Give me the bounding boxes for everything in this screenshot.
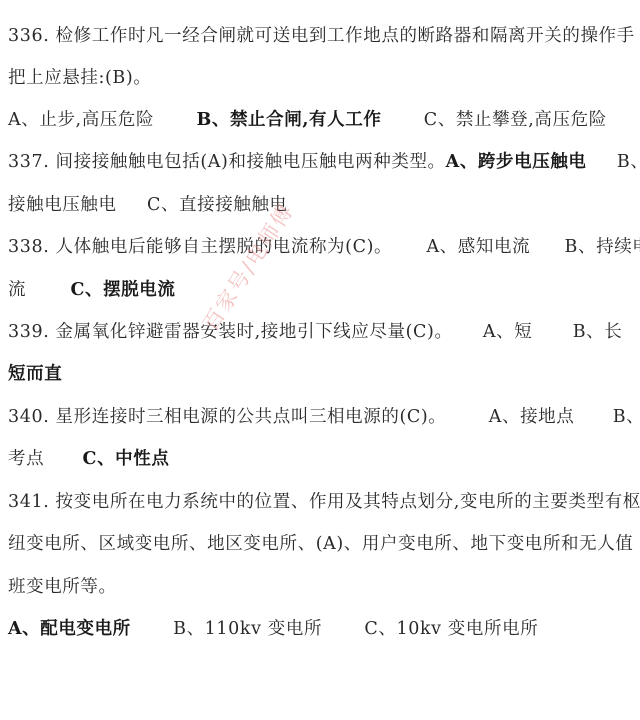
option-b: B、持续电 (565, 237, 640, 257)
option-b: 流 (8, 280, 26, 300)
option-c: C、禁止攀登,高压危险 (424, 110, 607, 130)
question-339-line-2: 短而直 (8, 362, 636, 386)
question-338-line-2: 流 C、摆脱电流 (8, 278, 636, 302)
question-number: 339. (8, 322, 49, 342)
question-337-line-1: 337. 间接接触触电包括(A)和接触电压触电两种类型。A、跨步电压触电 B、 (8, 150, 636, 174)
question-number: 337. (8, 152, 49, 172)
option-b-correct: B、禁止合闸,有人工作 (196, 110, 381, 130)
question-text: 人体触电后能够自主摆脱的电流称为(C)。 (56, 237, 393, 257)
question-text: 检修工作时凡一经合闸就可送电到工作地点的断路器和隔离开关的操作手 (56, 26, 635, 46)
question-text: 金属氧化锌避雷器安装时,接地引下线应尽量(C)。 (56, 322, 453, 342)
option-b: 考点 (8, 449, 44, 469)
question-341-options: A、配电变电所 B、110kv 变电所 C、10kv 变电所电所 (8, 617, 636, 641)
question-text: 按变电所在电力系统中的位置、作用及其特点划分,变电所的主要类型有枢 (56, 492, 640, 512)
question-336-options: A、止步,高压危险 B、禁止合闸,有人工作 C、禁止攀登,高压危险 (8, 108, 636, 132)
watermark: 百家号/电师傅 (195, 197, 300, 337)
question-340-line-2: 考点 C、中性点 (8, 447, 636, 471)
question-number: 340. (8, 407, 49, 427)
option-b: B、参 (613, 407, 640, 427)
question-text: 纽变电所、区域变电所、地区变电所、(A)、用户变电所、地下变电所和无人值 (8, 534, 633, 554)
option-b: B、 (617, 152, 640, 172)
document-page: 336. 检修工作时凡一经合闸就可送电到工作地点的断路器和隔离开关的操作手 把上… (0, 0, 640, 720)
option-a: A、短 (483, 322, 532, 342)
option-c: C、10kv 变电所电所 (364, 619, 538, 639)
question-337-line-2: 接触电压触电 C、直接接触触电 (8, 193, 636, 217)
option-c-correct: C、摆脱电流 (70, 280, 175, 300)
option-b: B、110kv 变电所 (173, 619, 322, 639)
question-341-line-1: 341. 按变电所在电力系统中的位置、作用及其特点划分,变电所的主要类型有枢 (8, 490, 636, 514)
question-339-line-1: 339. 金属氧化锌避雷器安装时,接地引下线应尽量(C)。 A、短 B、长 C、 (8, 320, 636, 344)
option-b: B、长 (573, 322, 623, 342)
option-c-correct: C、中性点 (83, 449, 170, 469)
option-a-correct: A、配电变电所 (8, 619, 131, 639)
option-a: A、止步,高压危险 (8, 110, 154, 130)
question-341-line-2: 纽变电所、区域变电所、地区变电所、(A)、用户变电所、地下变电所和无人值 (8, 532, 636, 556)
option-b: 接触电压触电 (8, 195, 117, 215)
question-340-line-1: 340. 星形连接时三相电源的公共点叫三相电源的(C)。 A、接地点 B、参 (8, 405, 636, 429)
question-number: 341. (8, 492, 49, 512)
question-341-line-3: 班变电所等。 (8, 575, 636, 599)
option-a-correct: A、跨步电压触电 (446, 152, 587, 172)
question-text: 把上应悬挂:(B)。 (8, 68, 151, 88)
question-text: 星形连接时三相电源的公共点叫三相电源的(C)。 (56, 407, 447, 427)
option-a: A、感知电流 (426, 237, 530, 257)
option-c-correct: 短而直 (8, 364, 62, 384)
question-number: 338. (8, 237, 49, 257)
question-number: 336. (8, 26, 49, 46)
question-text: 班变电所等。 (8, 577, 117, 597)
question-338-line-1: 338. 人体触电后能够自主摆脱的电流称为(C)。 A、感知电流 B、持续电 (8, 235, 636, 259)
question-text: 间接接触触电包括(A)和接触电压触电两种类型。 (56, 152, 446, 172)
question-336-line-2: 把上应悬挂:(B)。 (8, 66, 636, 90)
option-a: A、接地点 (489, 407, 575, 427)
question-336-line-1: 336. 检修工作时凡一经合闸就可送电到工作地点的断路器和隔离开关的操作手 (8, 24, 636, 48)
